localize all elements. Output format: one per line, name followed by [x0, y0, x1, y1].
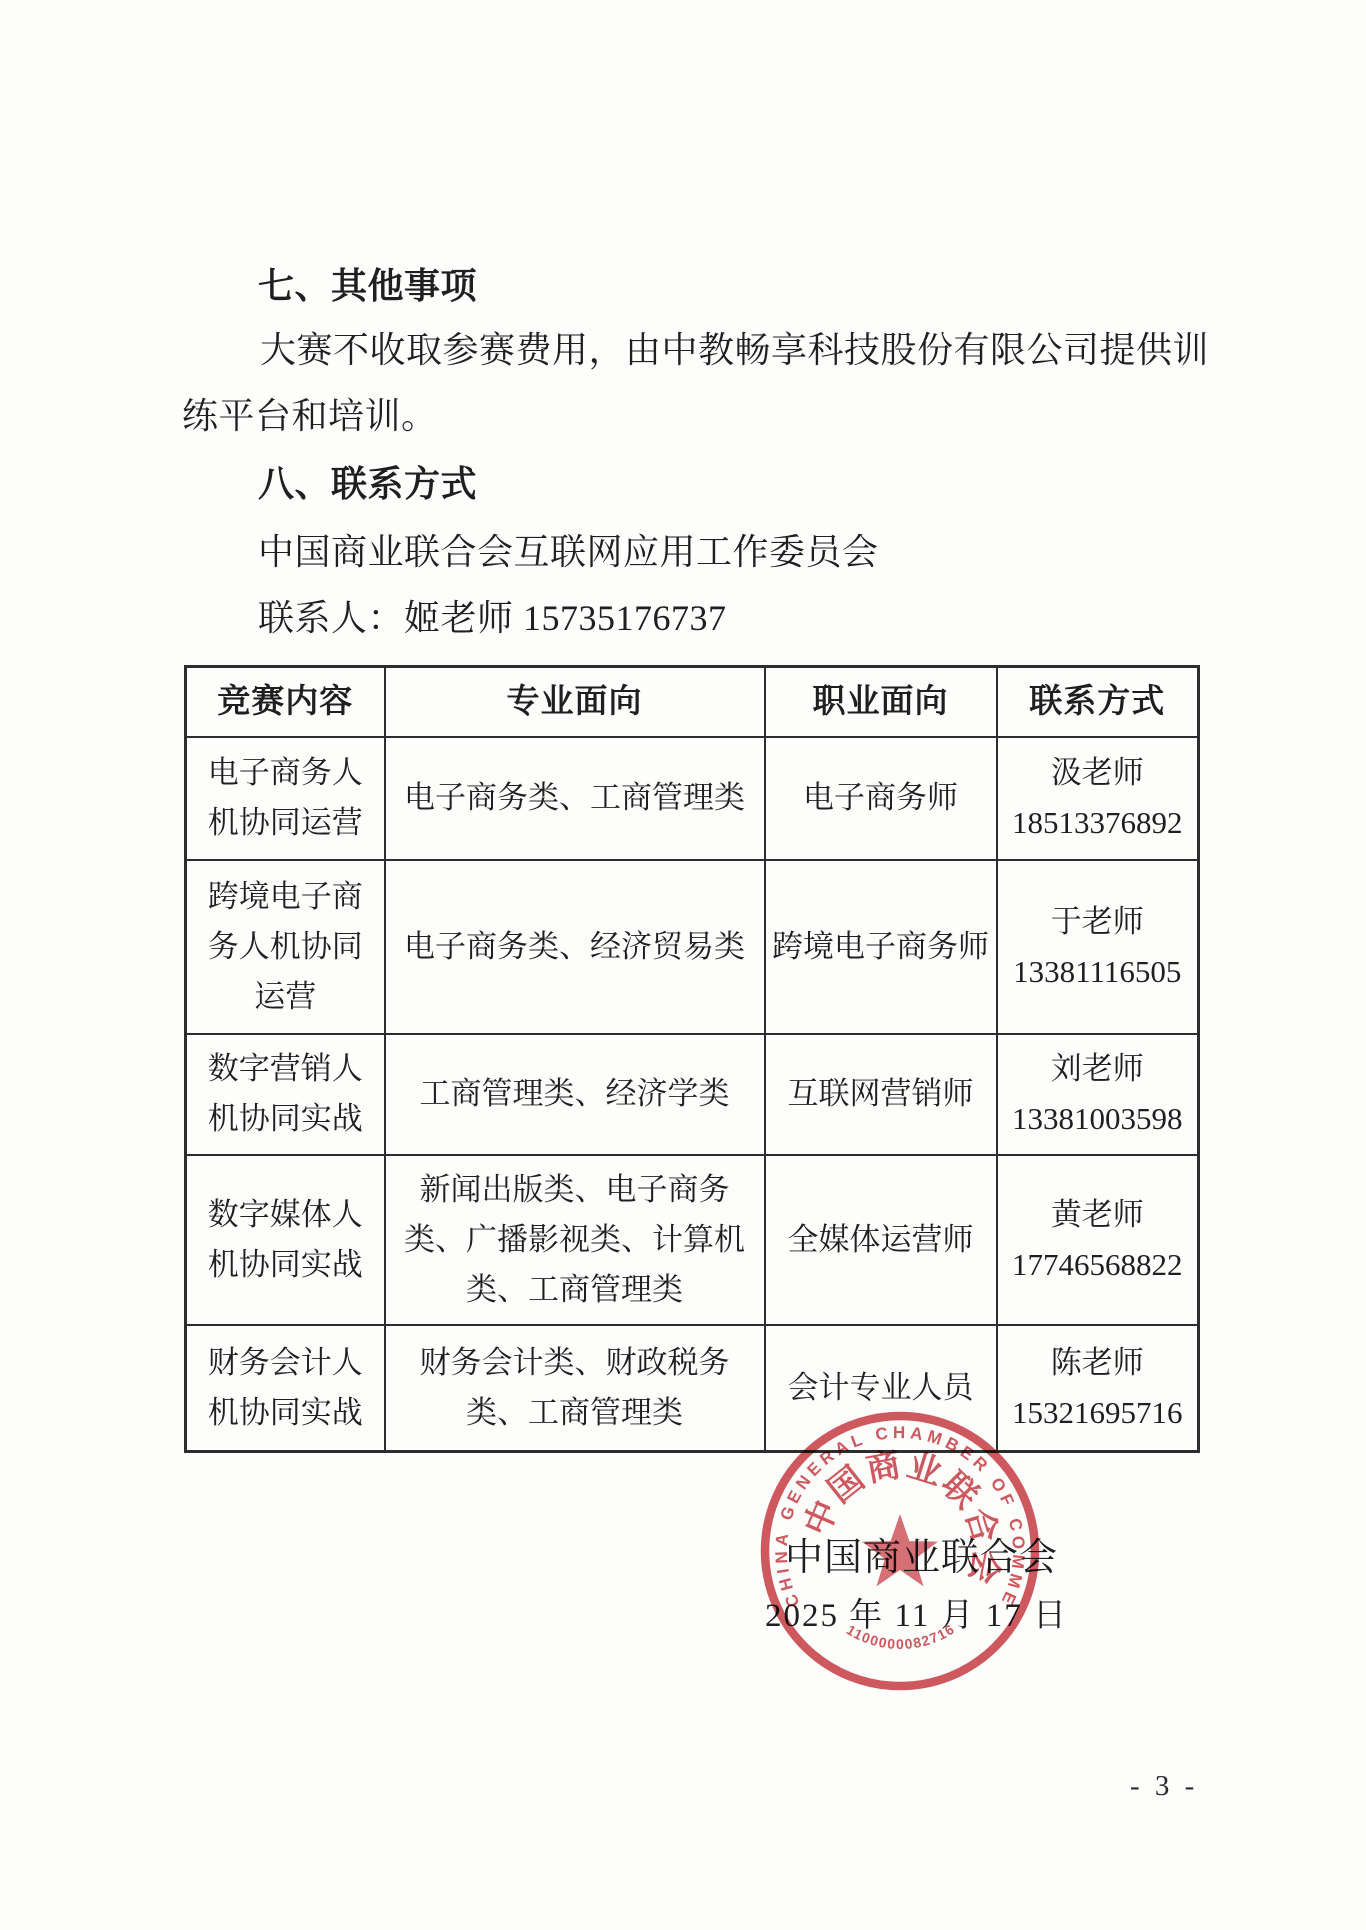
table-row: 数字媒体人 机协同实战 新闻出版类、电子商务 类、广播影视类、计算机 类、工商管… — [186, 1155, 1199, 1325]
table-cell-contact: 黄老师 17746568822 — [997, 1155, 1199, 1325]
table-cell-major: 新闻出版类、电子商务 类、广播影视类、计算机 类、工商管理类 — [385, 1155, 765, 1325]
table-cell-major: 电子商务类、工商管理类 — [385, 737, 765, 860]
column-header-major: 专业面向 — [385, 667, 765, 737]
column-header-content: 竞赛内容 — [186, 667, 385, 737]
table-cell-occupation: 跨境电子商务师 — [765, 860, 997, 1034]
organization-line: 中国商业联合会互联网应用工作委员会 — [258, 530, 879, 574]
column-header-contact: 联系方式 — [997, 667, 1199, 737]
table-cell-major: 财务会计类、财政税务 类、工商管理类 — [385, 1325, 765, 1452]
section-heading-contact: 八、联系方式 — [258, 462, 477, 506]
contest-table: 竞赛内容 专业面向 职业面向 联系方式 电子商务人 机协同运营 电子商务类、工商… — [184, 665, 1200, 1453]
table-row: 数字营销人 机协同实战 工商管理类、经济学类 互联网营销师 刘老师 133810… — [186, 1034, 1199, 1155]
table-cell-major: 电子商务类、经济贸易类 — [385, 860, 765, 1034]
table-cell-contact: 于老师 13381116505 — [997, 860, 1199, 1034]
table-cell-occupation: 全媒体运营师 — [765, 1155, 997, 1325]
section-heading-other: 七、其他事项 — [258, 264, 477, 308]
page-number: - 3 - — [1130, 1770, 1198, 1803]
document-page: 七、其他事项 大赛不收取参赛费用，由中教畅享科技股份有限公司提供训 练平台和培训… — [0, 0, 1366, 1930]
table-cell-content: 财务会计人 机协同实战 — [186, 1325, 385, 1452]
table-cell-content: 数字媒体人 机协同实战 — [186, 1155, 385, 1325]
paragraph-line-1: 大赛不收取参赛费用，由中教畅享科技股份有限公司提供训 — [260, 328, 1209, 372]
table-header-row: 竞赛内容 专业面向 职业面向 联系方式 — [186, 667, 1199, 737]
table-cell-content: 数字营销人 机协同实战 — [186, 1034, 385, 1155]
table-cell-occupation: 电子商务师 — [765, 737, 997, 860]
table-cell-content: 跨境电子商 务人机协同 运营 — [186, 860, 385, 1034]
table-row: 跨境电子商 务人机协同 运营 电子商务类、经济贸易类 跨境电子商务师 于老师 1… — [186, 860, 1199, 1034]
column-header-occupation: 职业面向 — [765, 667, 997, 737]
table-row: 电子商务人 机协同运营 电子商务类、工商管理类 电子商务师 汲老师 185133… — [186, 737, 1199, 860]
table-cell-content: 电子商务人 机协同运营 — [186, 737, 385, 860]
table-cell-contact: 汲老师 18513376892 — [997, 737, 1199, 860]
stamp-serial: 1100000082716 — [844, 1620, 958, 1652]
stamp-star-icon — [862, 1514, 938, 1586]
paragraph-line-2: 练平台和培训。 — [182, 394, 438, 438]
official-stamp: CHINA GENERAL CHAMBER OF COMMERCE 中国商业联合… — [750, 1401, 1050, 1701]
table-cell-occupation: 互联网营销师 — [765, 1034, 997, 1155]
table-cell-contact: 刘老师 13381003598 — [997, 1034, 1199, 1155]
contact-person-line: 联系人：姬老师 15735176737 — [258, 596, 727, 640]
table-cell-major: 工商管理类、经济学类 — [385, 1034, 765, 1155]
